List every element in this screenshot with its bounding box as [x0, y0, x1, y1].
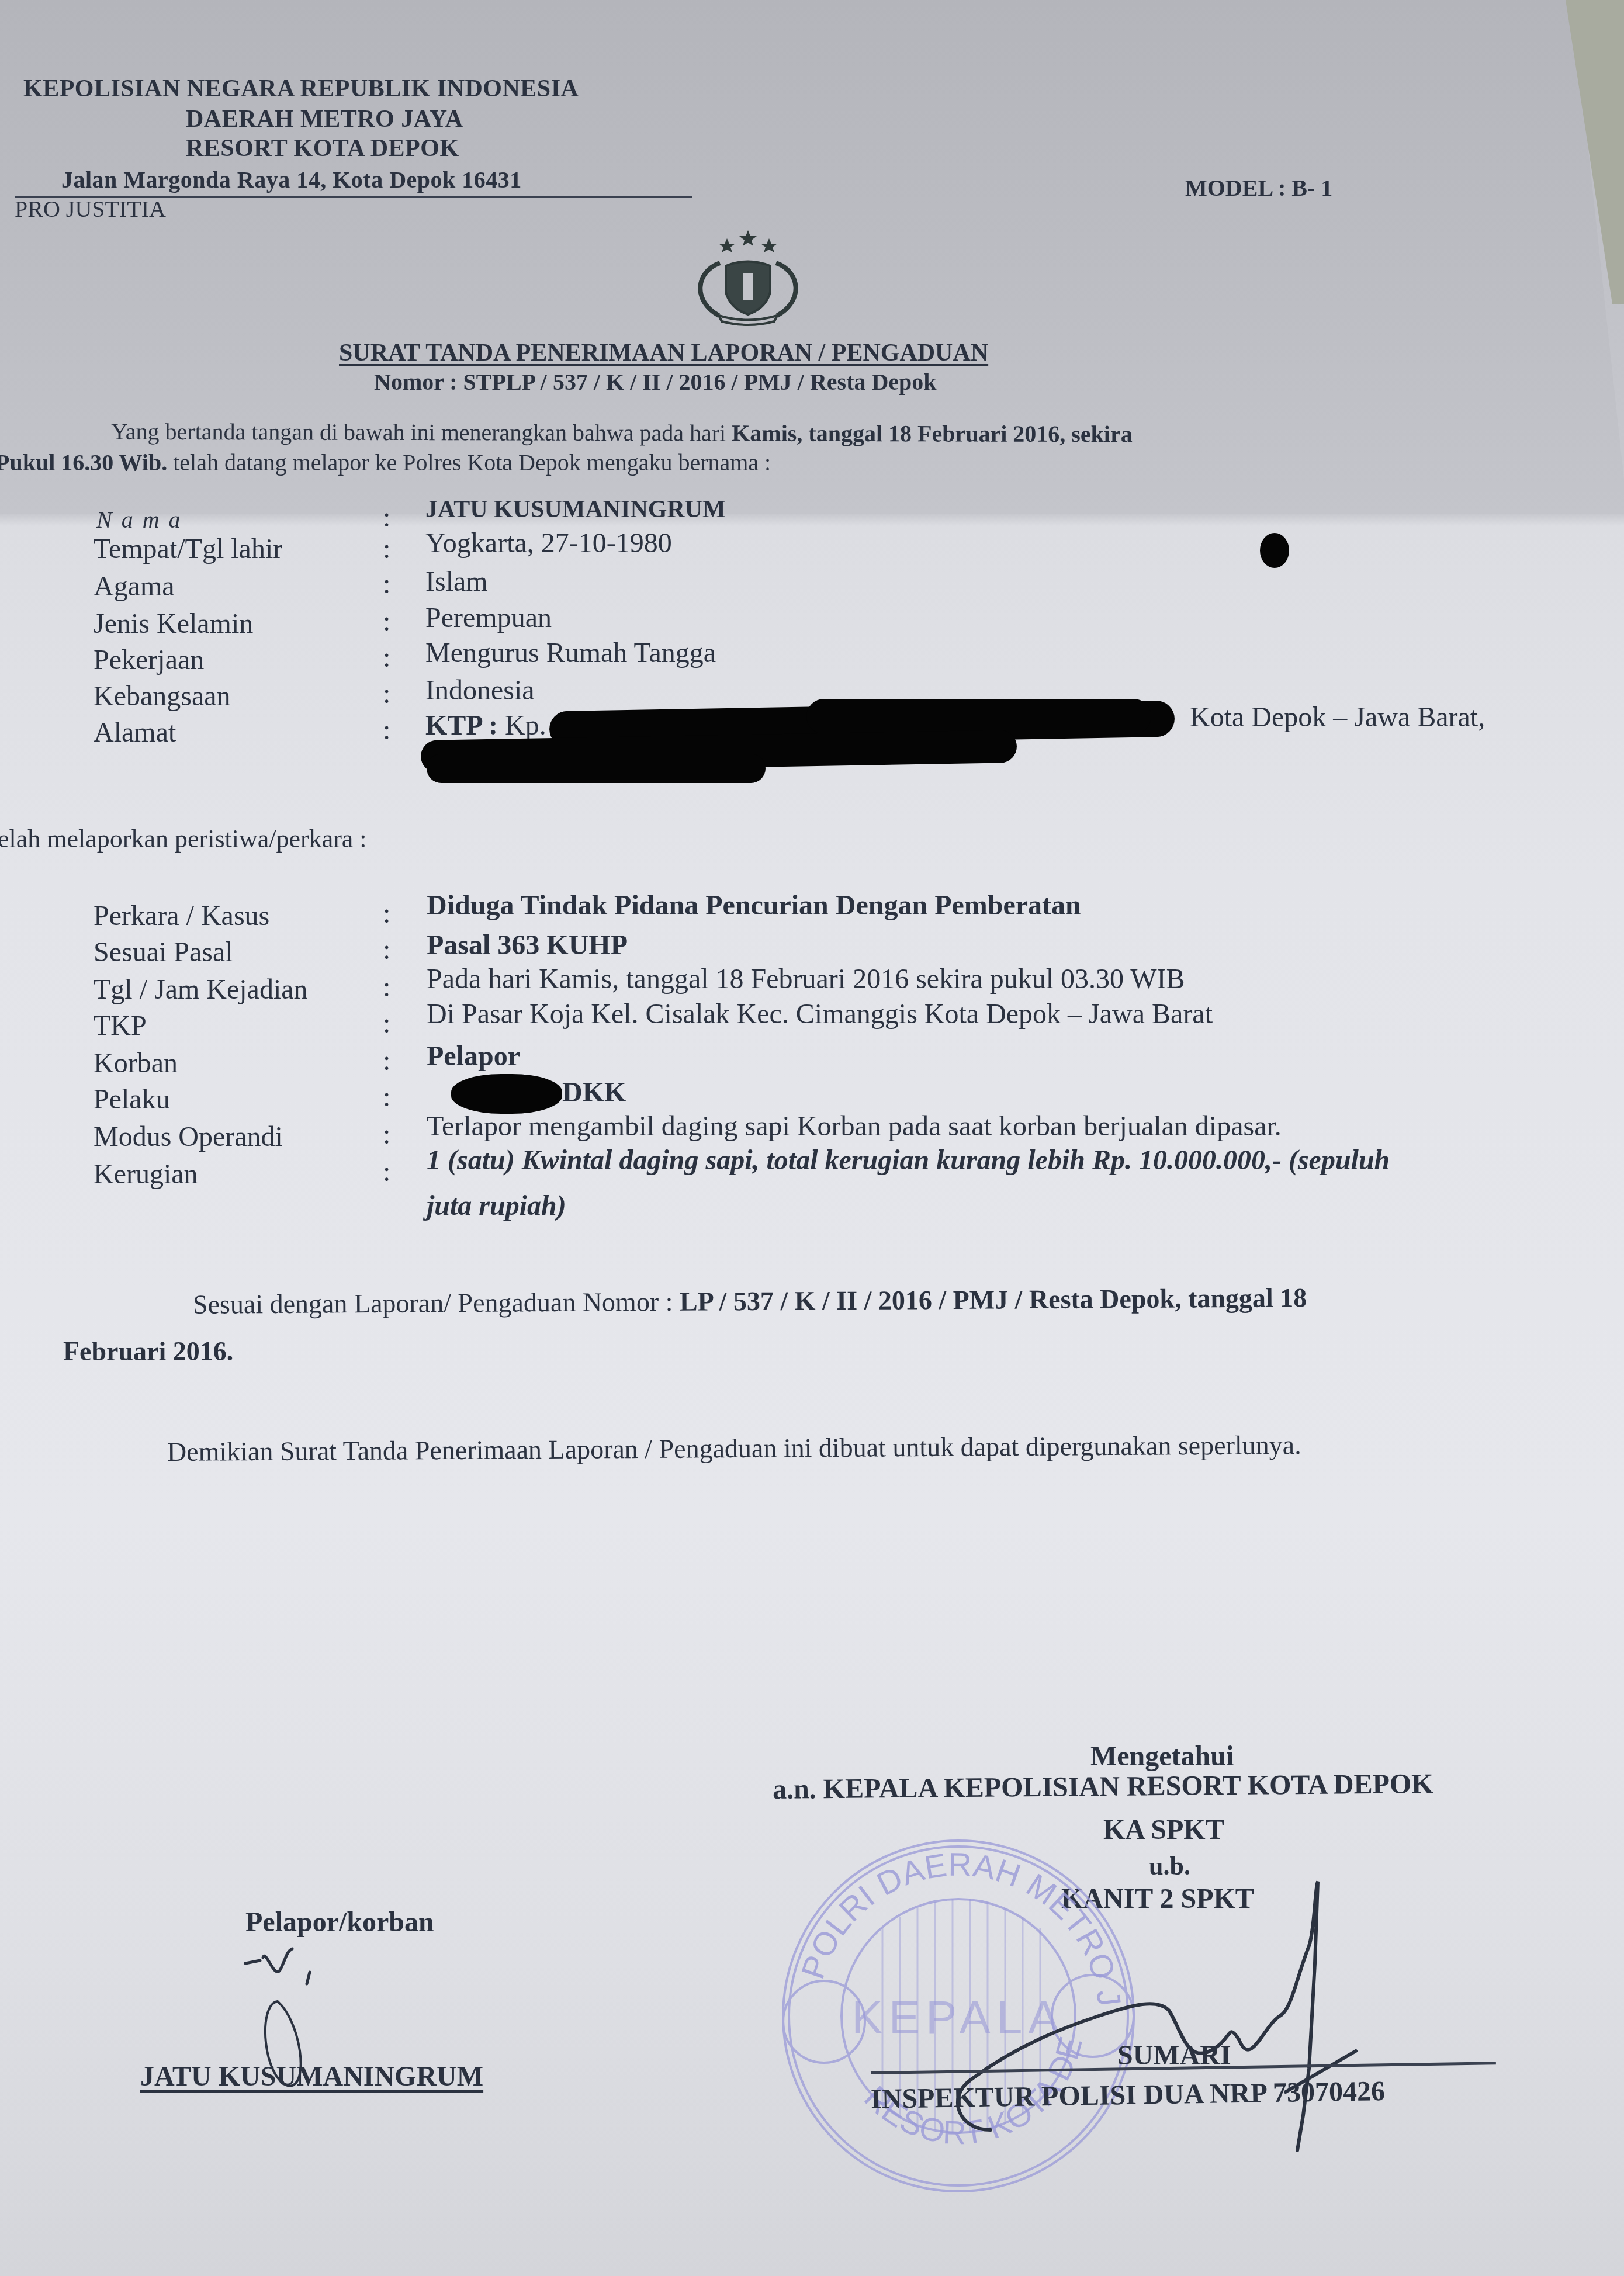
colon: :	[383, 1118, 390, 1151]
value-perkara-kasus: Diduga Tindak Pidana Pencurian Dengan Pe…	[427, 889, 1081, 922]
value-kerugian-line-2: juta rupiah)	[427, 1190, 566, 1222]
intro-line-2: Pukul 16.30 Wib. telah datang melapor ke…	[0, 449, 771, 476]
label-korban: Korban	[94, 1047, 178, 1079]
colon: :	[383, 568, 390, 600]
model-code: MODEL : B- 1	[1185, 174, 1332, 202]
label-alamat: Alamat	[94, 716, 176, 749]
label-tkp: TKP	[94, 1010, 147, 1042]
sig-left-role: Pelapor/korban	[245, 1906, 434, 1938]
colon: :	[383, 1081, 390, 1113]
sig-left-name: JATU KUSUMANINGRUM	[140, 2060, 483, 2093]
colon: :	[383, 934, 390, 966]
colon: :	[383, 714, 390, 746]
sig-right-title: a.n. KEPALA KEPOLISIAN RESORT KOTA DEPOK	[773, 1768, 1433, 1806]
redaction-mark	[427, 754, 766, 783]
value-tkp: Di Pasar Koja Kel. Cisalak Kec. Cimanggi…	[427, 998, 1213, 1030]
redaction-mark	[451, 1074, 562, 1114]
reference-text: Sesuai dengan Laporan/ Pengaduan Nomor :	[193, 1287, 680, 1319]
org-address: Jalan Margonda Raya 14, Kota Depok 16431	[61, 166, 522, 193]
colon: :	[383, 678, 390, 710]
label-sesuai-pasal: Sesuai Pasal	[94, 936, 233, 968]
value-alamat-city: Kota Depok – Jawa Barat,	[1190, 701, 1485, 733]
colon: :	[383, 971, 390, 1003]
label-pekerjaan: Pekerjaan	[94, 644, 204, 676]
alamat-ktp-label: KTP :	[425, 710, 498, 741]
label-kebangsaan: Kebangsaan	[94, 680, 231, 712]
colon: :	[383, 1045, 390, 1077]
label-agama: Agama	[94, 570, 175, 602]
org-line-1: KEPOLISIAN NEGARA REPUBLIK INDONESIA	[23, 75, 579, 103]
colon: :	[383, 501, 390, 534]
value-kerugian: 1 (satu) Kwintal daging sapi, total keru…	[427, 1144, 1390, 1176]
label-modus-operandi: Modus Operandi	[94, 1121, 283, 1153]
label-pelaku: Pelaku	[94, 1083, 170, 1116]
colon: :	[383, 1156, 390, 1188]
value-tempat-tgl-lahir: Yogkarta, 27-10-1980	[425, 527, 672, 559]
sig-right-mengetahui: Mengetahui	[1090, 1740, 1234, 1772]
value-nama: JATU KUSUMANINGRUM	[425, 496, 726, 524]
value-jenis-kelamin: Perempuan	[425, 602, 552, 634]
police-emblem-icon	[678, 228, 818, 327]
reference-number: LP / 537 / K / II / 2016 / PMJ / Resta D…	[680, 1283, 1307, 1317]
colon: :	[383, 1007, 390, 1040]
value-tgl-jam-kejadian: Pada hari Kamis, tanggal 18 Februari 201…	[427, 963, 1185, 995]
value-agama: Islam	[425, 566, 488, 598]
value-korban: Pelapor	[427, 1040, 520, 1072]
colon: :	[383, 605, 390, 638]
pro-justitia: PRO JUSTITIA	[15, 195, 166, 223]
intro-text-2: telah datang melapor ke Polres Kota Depo…	[167, 449, 771, 476]
label-tempat-tgl-lahir: Tempat/Tgl lahir	[94, 533, 282, 565]
org-line-3: RESORT KOTA DEPOK	[186, 134, 459, 162]
org-line-2: DAERAH METRO JAYA	[186, 105, 463, 133]
colon: :	[383, 533, 390, 565]
value-pekerjaan: Mengurus Rumah Tangga	[425, 637, 716, 669]
document-number: Nomor : STPLP / 537 / K / II / 2016 / PM…	[374, 368, 937, 396]
label-kerugian: Kerugian	[94, 1158, 198, 1190]
value-sesuai-pasal: Pasal 363 KUHP	[427, 929, 628, 961]
value-kebangsaan: Indonesia	[425, 674, 535, 706]
value-pelaku: DKK	[562, 1076, 626, 1108]
intro-text: Yang bertanda tangan di bawah ini menera…	[111, 418, 732, 446]
label-tgl-jam-kejadian: Tgl / Jam Kejadian	[94, 974, 308, 1006]
officer-signature-icon	[935, 1870, 1461, 2162]
label-jenis-kelamin: Jenis Kelamin	[94, 608, 253, 640]
label-perkara-kasus: Perkara / Kasus	[94, 900, 269, 932]
document-title: SURAT TANDA PENERIMAAN LAPORAN / PENGADU…	[339, 339, 988, 367]
value-alamat: KTP : Kp.	[425, 709, 546, 742]
intro-date: Kamis, tanggal 18 Februari 2016, sekira	[732, 420, 1133, 447]
alamat-kp: Kp.	[498, 710, 546, 741]
label-nama: N a m a	[96, 506, 182, 534]
ink-blot	[1260, 533, 1289, 568]
intro-time: Pukul 16.30 Wib.	[0, 449, 167, 476]
value-modus-operandi: Terlapor mengambil daging sapi Korban pa…	[427, 1110, 1282, 1142]
redaction-mark	[806, 699, 1151, 734]
colon: :	[383, 898, 390, 930]
reference-line-2: Februari 2016.	[63, 1336, 233, 1367]
colon: :	[383, 642, 390, 674]
intro-line-1: Yang bertanda tangan di bawah ini menera…	[111, 418, 1133, 448]
case-intro: elah melaporkan peristiwa/perkara :	[0, 824, 367, 854]
